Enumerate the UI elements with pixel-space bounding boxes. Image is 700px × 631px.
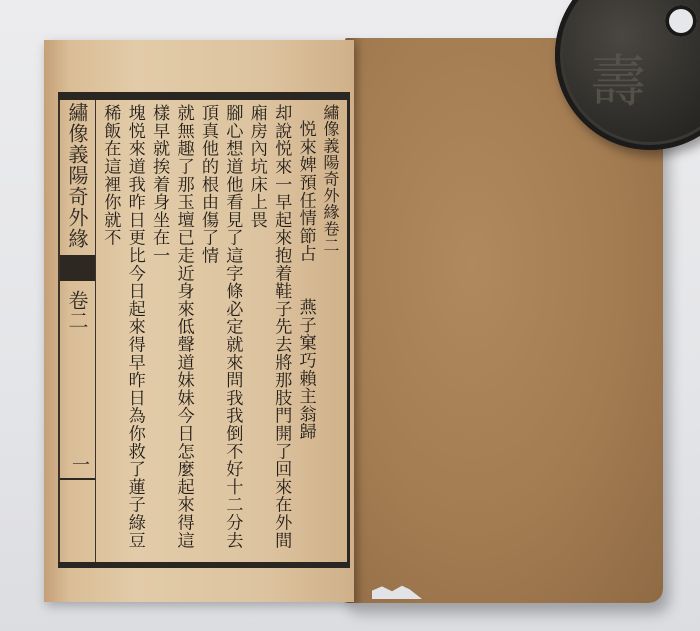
text-column: 却說悦來一早起來抱着鞋子先去將那肢門開了回來在外間廂房內坑床上畏	[244, 104, 293, 560]
photo-scene: 繡像義陽奇外緣 卷二 一 繡像義陽奇外緣卷二 悦來婢預任情節占 燕子窠巧賴主翁歸…	[0, 0, 700, 631]
margin-outer-line	[58, 100, 60, 562]
text-column: 塊悦來道我昨日更比今日起來得早昨日為你救了蓮子綠豆稀飯在這裡你就不	[98, 104, 147, 560]
page-frame-right-border	[347, 92, 350, 568]
page-frame-bottom-border	[58, 562, 350, 568]
page-frame-top-border	[58, 92, 350, 100]
margin-inner-line	[95, 100, 96, 562]
text-column: 腳心想道他看見了這字條必定就來問我我倒不好十二分去頂真他的根由傷了情	[196, 104, 245, 560]
margin-page-number: 一	[64, 455, 92, 473]
coin-relief-glyph: 壽	[590, 38, 640, 128]
text-column: 就無趣了那玉壇已走近身來低聲道妹妹今日怎麼起來得這樣早就挨着身坐在一	[147, 104, 196, 560]
coin-center-hole	[665, 5, 697, 37]
chapter-title: 繡像義陽奇外緣卷二	[318, 104, 342, 560]
fishtail-mark	[60, 255, 95, 281]
chapter-subtitle: 悦來婢預任情節占 燕子窠巧賴主翁歸	[293, 104, 317, 560]
vertical-text-body: 繡像義陽奇外緣卷二 悦來婢預任情節占 燕子窠巧賴主翁歸 却說悦來一早起來抱着鞋子…	[98, 104, 342, 560]
margin-book-title: 繡像義陽奇外緣	[62, 102, 92, 249]
margin-volume-label: 卷二	[64, 290, 92, 330]
margin-divider	[60, 478, 95, 480]
